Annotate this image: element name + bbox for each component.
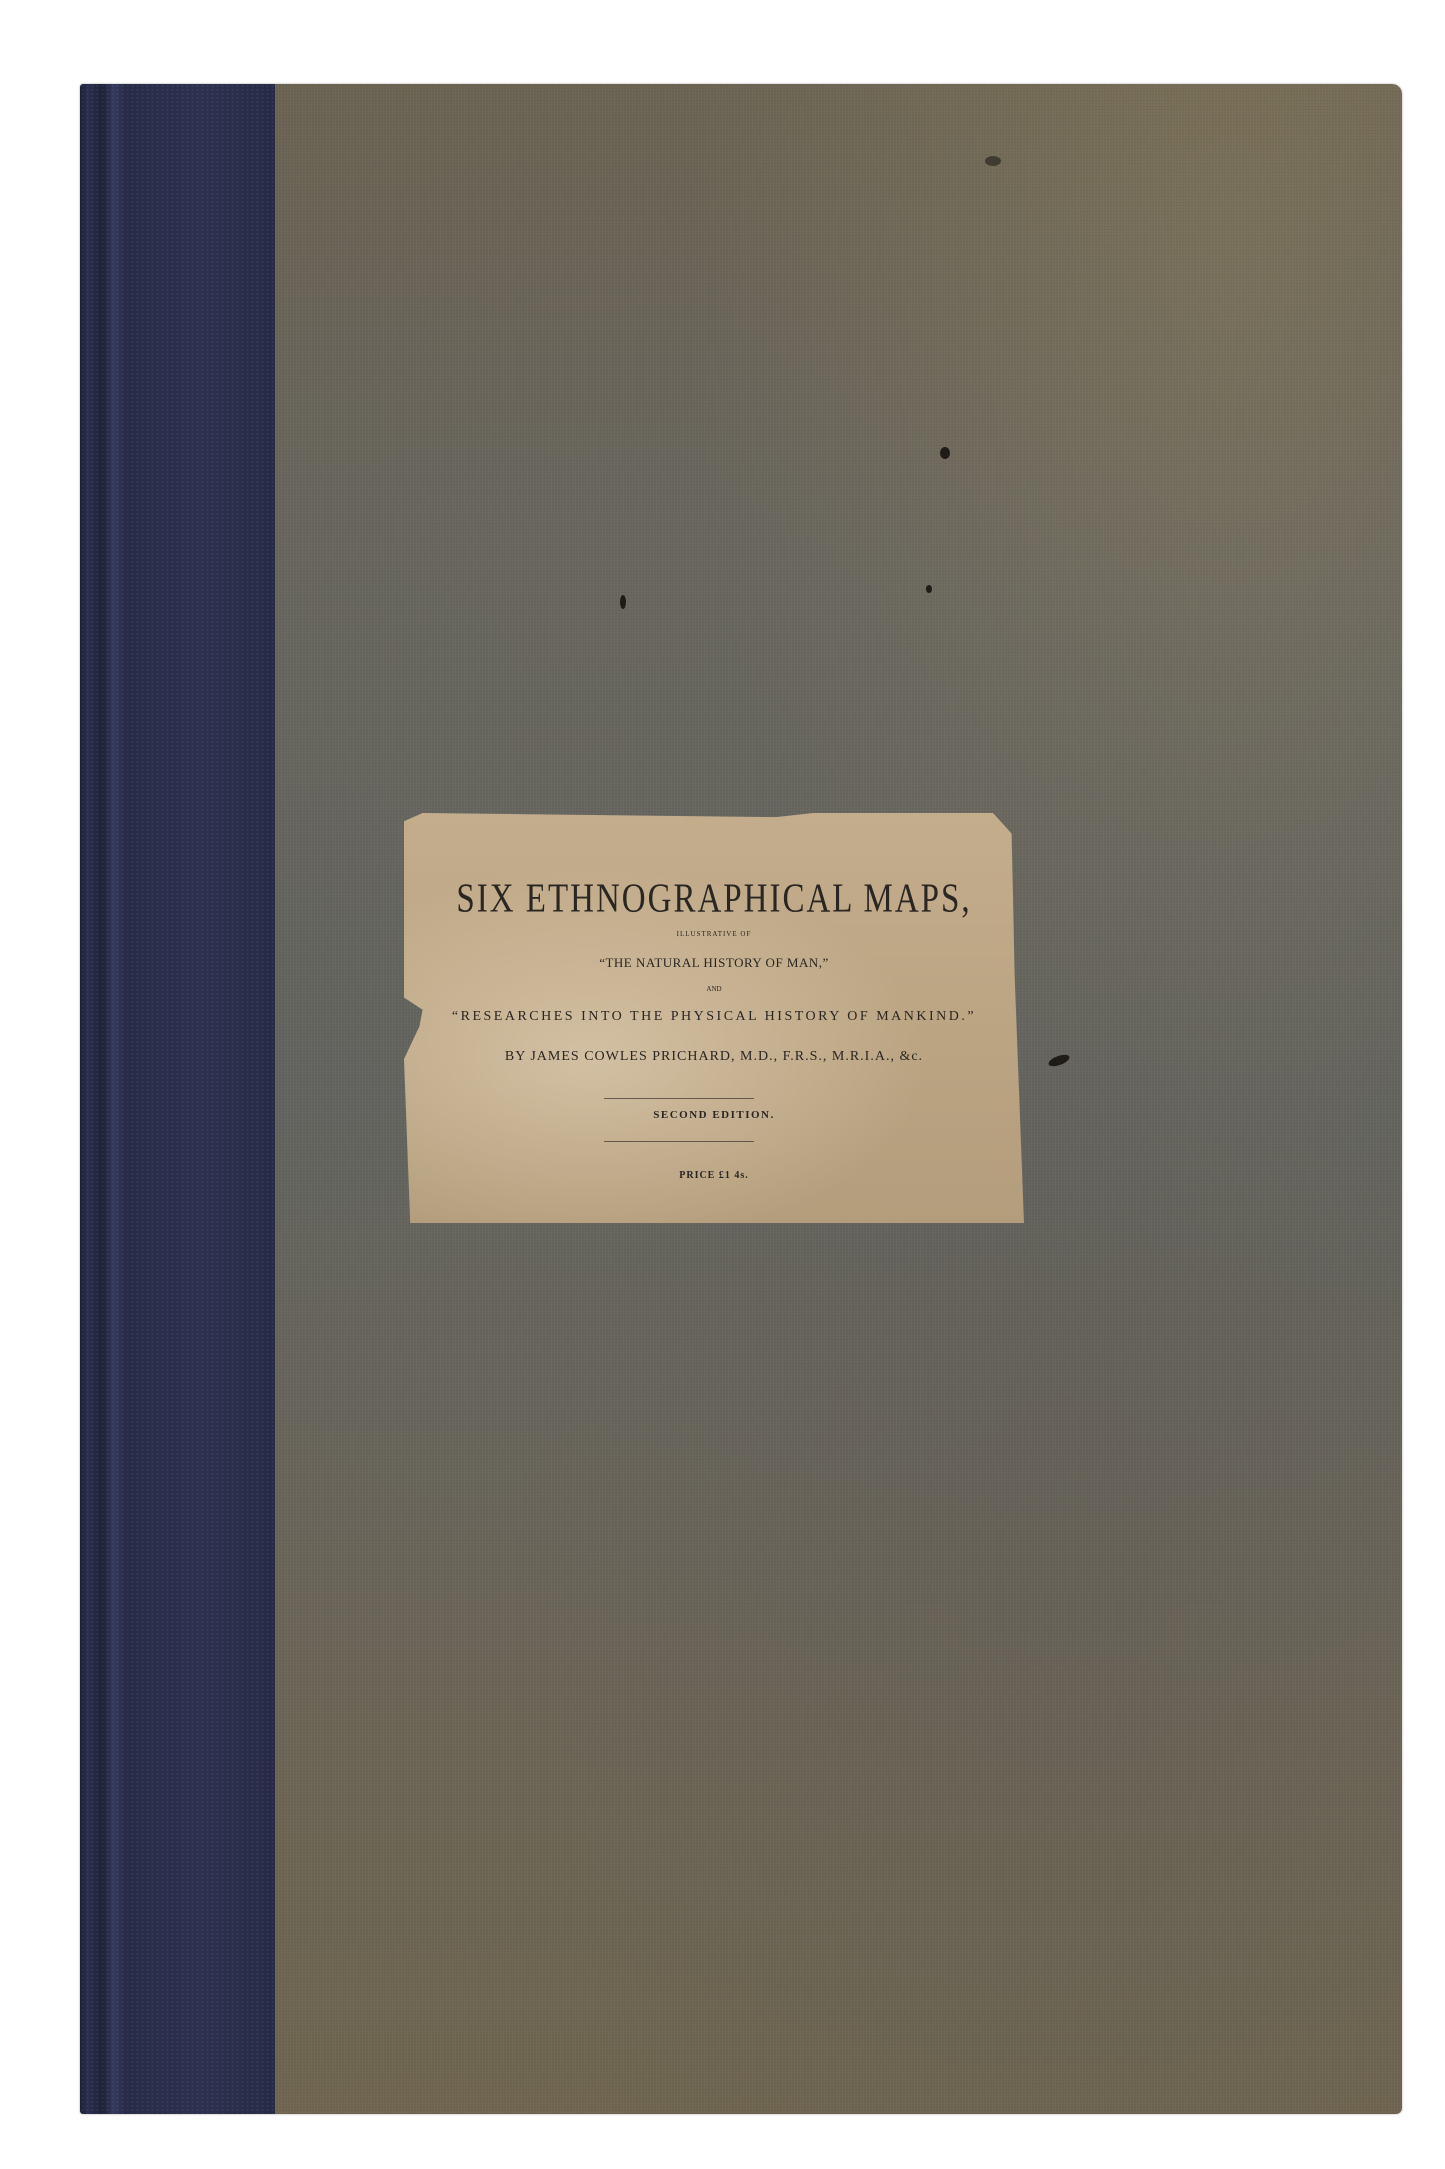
book-spine — [80, 84, 275, 2114]
label-edition: SECOND EDITION. — [404, 1109, 1024, 1121]
divider-rule — [604, 1141, 754, 1142]
ink-stain — [985, 156, 1001, 166]
label-price: PRICE £1 4s. — [404, 1170, 1024, 1181]
label-and: AND — [404, 985, 1024, 993]
ink-stain — [926, 585, 932, 593]
divider-rule — [604, 1098, 754, 1099]
ink-stain — [620, 595, 626, 609]
ink-stain — [940, 447, 950, 459]
label-author: BY JAMES COWLES PRICHARD, M.D., F.R.S., … — [404, 1049, 1024, 1065]
label-title: SIX ETHNOGRAPHICAL MAPS, — [404, 876, 1024, 922]
label-work-1: “THE NATURAL HISTORY OF MAN,” — [404, 955, 1024, 971]
label-illustrative-of: ILLUSTRATIVE OF — [404, 930, 1024, 938]
paper-title-label: SIX ETHNOGRAPHICAL MAPS, ILLUSTRATIVE OF… — [404, 813, 1024, 1223]
label-work-2: “RESEARCHES INTO THE PHYSICAL HISTORY OF… — [404, 1009, 1024, 1025]
